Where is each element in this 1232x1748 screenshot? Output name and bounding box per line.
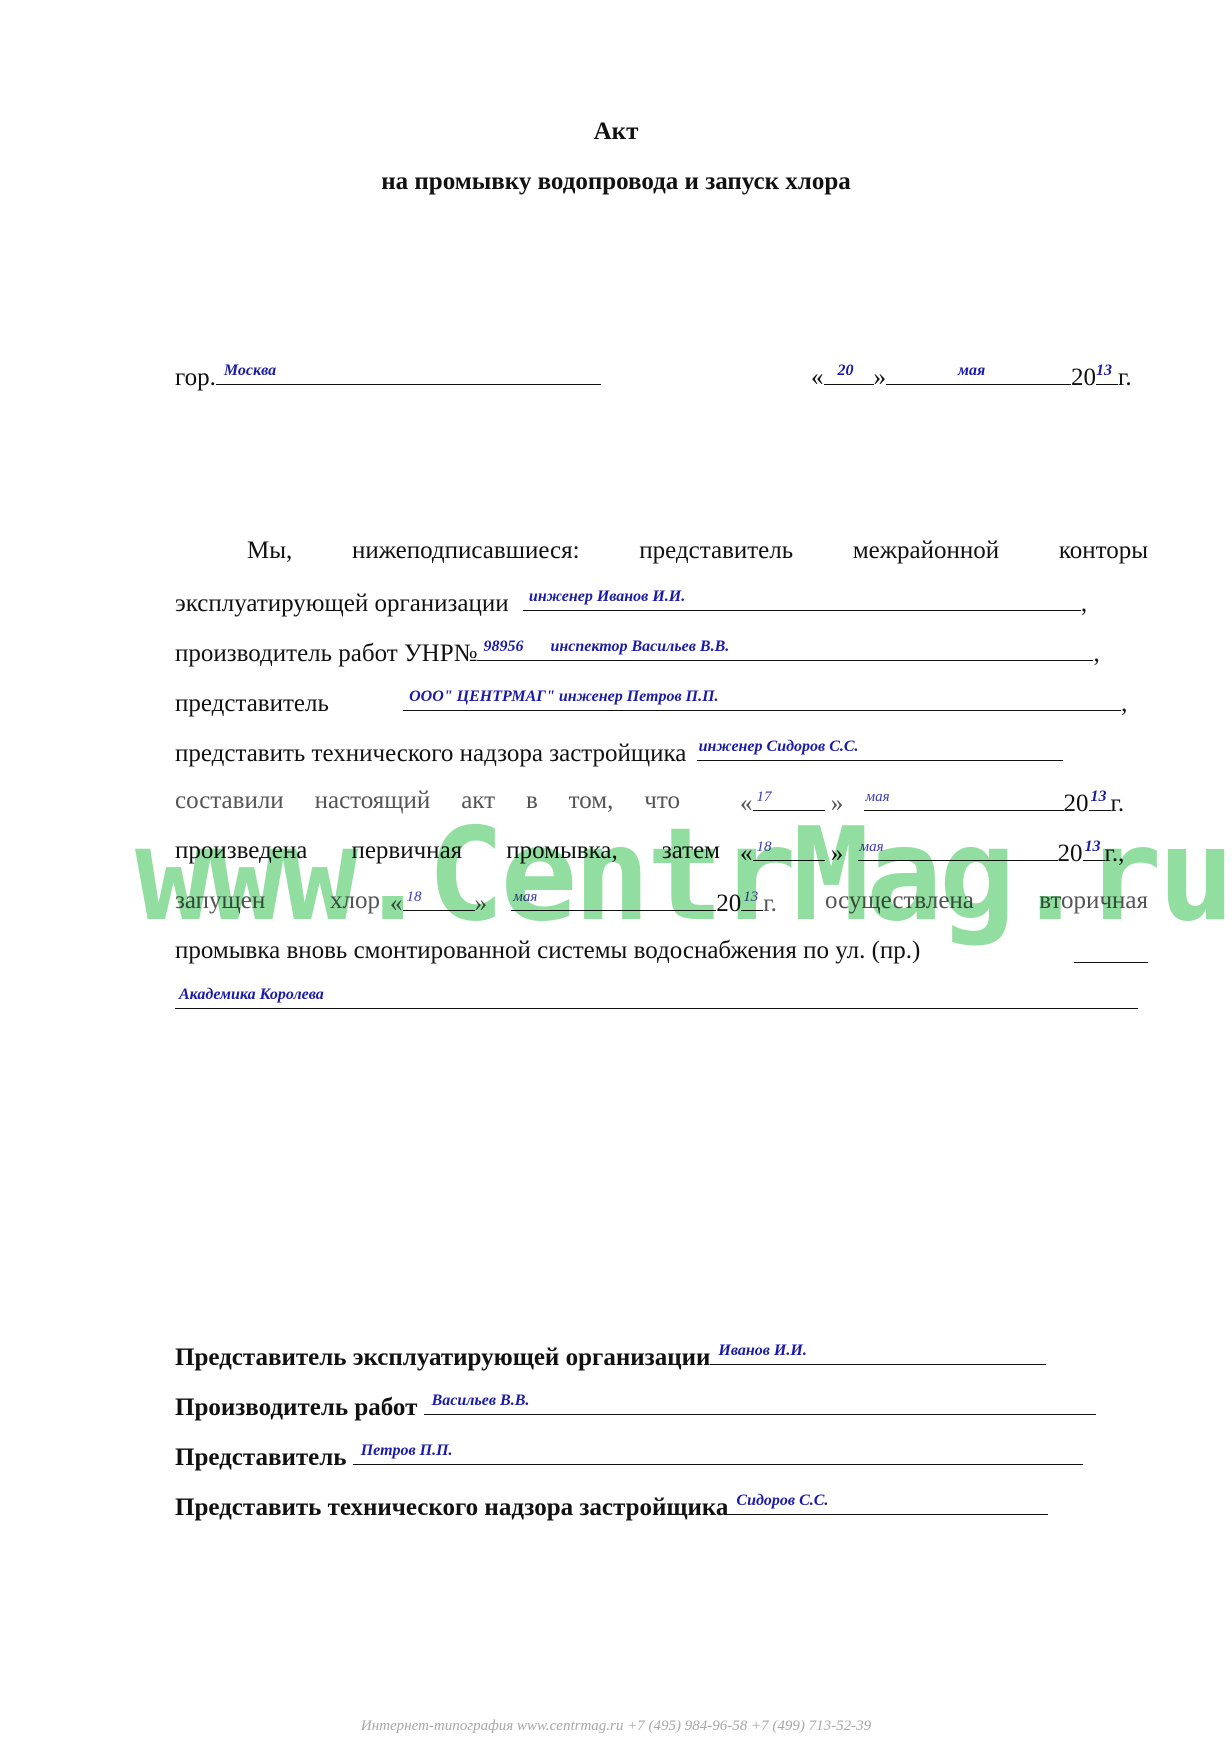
- primary-flush-year-field[interactable]: 13: [1083, 836, 1105, 861]
- document-title: Акт: [0, 118, 1232, 146]
- body-line-1: Мы, нижеподписавшиеся: представитель меж…: [247, 536, 1148, 566]
- body-line-5: представить технического надзора застрой…: [175, 736, 1148, 769]
- signature-field-tech-supervision[interactable]: Сидоров С.С.: [728, 1490, 1048, 1515]
- chlorine-year-field[interactable]: 13: [741, 886, 763, 911]
- signature-field-contractor[interactable]: Васильев В.В.: [424, 1390, 1096, 1415]
- footer-contacts: Интернет-типография www.centrmag.ru +7 (…: [0, 1718, 1232, 1735]
- signature-field-operating-org[interactable]: Иванов И.И.: [710, 1340, 1046, 1365]
- operating-org-field[interactable]: инженер Иванов И.И.: [523, 586, 1081, 611]
- tech-supervision-field[interactable]: инженер Сидоров С.С.: [697, 736, 1063, 761]
- street-prefix-blank[interactable]: [1074, 938, 1148, 963]
- date-month-field[interactable]: мая: [886, 360, 1071, 385]
- city-label: гор.: [175, 364, 216, 391]
- primary-flush-month-field[interactable]: мая: [858, 836, 1058, 861]
- date-year-field[interactable]: 13: [1096, 360, 1118, 385]
- act-day-field[interactable]: 17: [753, 786, 825, 811]
- signature-operating-org: Представитель эксплуатирующей организаци…: [175, 1340, 1148, 1373]
- contractor-field[interactable]: 98956инспектор Васильев В.В.: [477, 636, 1093, 661]
- body-line-2: эксплуатирующей организации инженер Иван…: [175, 586, 1148, 619]
- act-month-field[interactable]: мая: [864, 786, 1064, 811]
- date-day: 20: [838, 356, 854, 386]
- signature-tech-supervision: Представить технического надзора застрой…: [175, 1490, 1148, 1523]
- watermark: www.CentrMag.ru: [135, 808, 1095, 943]
- body-line-4: представитель ООО" ЦЕНТРМАГ" инженер Пет…: [175, 686, 1148, 719]
- body-line-9: промывка вновь смонтированной системы во…: [175, 936, 1148, 966]
- signature-contractor: Производитель работ Васильев В.В.: [175, 1390, 1148, 1423]
- city-field[interactable]: Москва: [216, 360, 601, 385]
- primary-flush-day-field[interactable]: 18: [753, 836, 825, 861]
- city-date-line: гор.Москва «20»мая2013г.: [175, 360, 1148, 393]
- chlorine-day-field[interactable]: 18: [403, 886, 475, 911]
- act-year-field[interactable]: 13: [1089, 786, 1111, 811]
- date-field: «20»мая2013г.: [811, 360, 1132, 393]
- street-field[interactable]: Академика Королева: [175, 984, 1138, 1009]
- signature-field-representative[interactable]: Петров П.П.: [353, 1440, 1083, 1465]
- city-value: Москва: [224, 356, 276, 386]
- representative-field[interactable]: ООО" ЦЕНТРМАГ" инженер Петров П.П.: [403, 686, 1121, 711]
- chlorine-month-field[interactable]: мая: [511, 886, 716, 911]
- document-subtitle: на промывку водопровода и запуск хлора: [0, 168, 1232, 196]
- date-day-field[interactable]: 20: [824, 360, 874, 385]
- signature-representative: Представитель Петров П.П.: [175, 1440, 1148, 1473]
- body-line-10: Академика Королева: [175, 984, 1148, 1017]
- date-month: мая: [958, 356, 985, 386]
- body-line-3: производитель работ УНР№98956инспектор В…: [175, 636, 1148, 669]
- date-year: 13: [1096, 356, 1112, 386]
